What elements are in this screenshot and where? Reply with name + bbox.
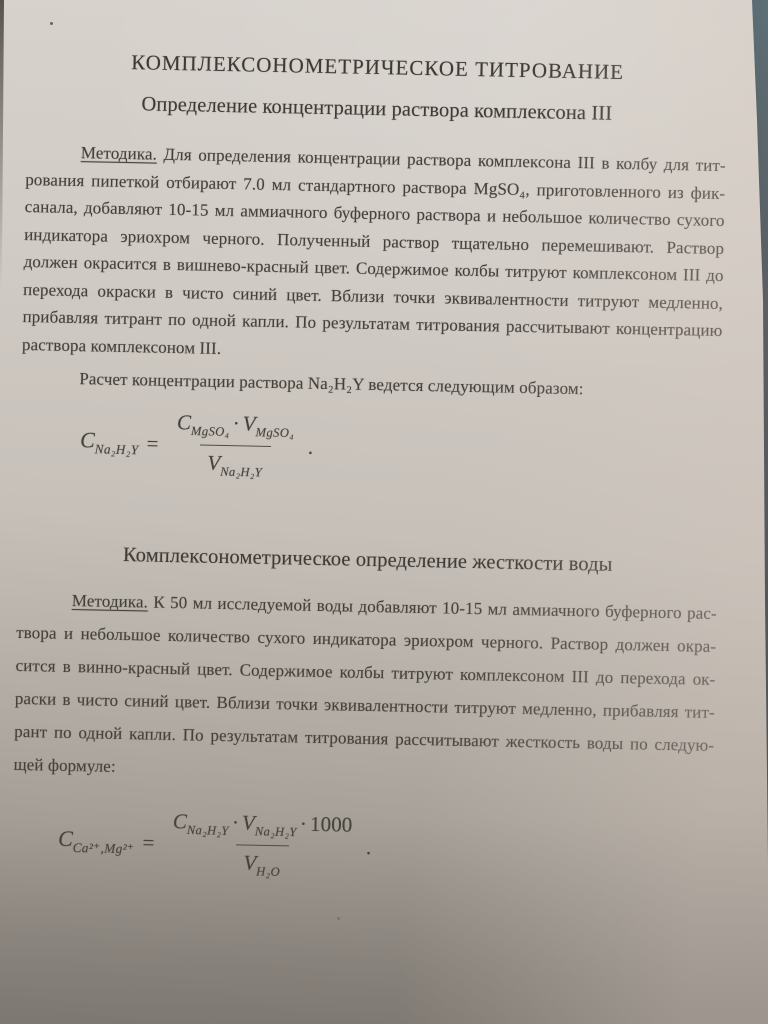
formula-concentration: CNa₂H₂Y = CMgSO₄·VMgSO₄ VNa₂H₂Y . bbox=[79, 400, 721, 497]
fraction-numerator: CMgSO₄·VMgSO₄ bbox=[169, 410, 303, 446]
fraction: CMgSO₄·VMgSO₄ VNa₂H₂Y bbox=[168, 410, 303, 481]
section2-paragraph: Методика. К 50 мл исследуемой воды добав… bbox=[13, 583, 717, 795]
method-label: Методика. bbox=[72, 591, 148, 612]
fraction-denominator: VH₂O bbox=[235, 844, 288, 880]
formula-lhs: CCa²⁺,Mg²⁺ bbox=[58, 826, 135, 857]
fraction-numerator: CNa₂H₂Y·VNa₂H₂Y·1000 bbox=[164, 809, 360, 847]
multiplication-dot: · bbox=[232, 810, 240, 834]
document-page: КОМПЛЕКСОНОМЕТРИЧЕСКОЕ ТИТРОВАНИЕ Опреде… bbox=[11, 46, 728, 899]
paragraph-lines: твора и небольшое количество сухого инди… bbox=[14, 616, 717, 762]
formula-lhs-subscript: Ca²⁺,Mg²⁺ bbox=[73, 840, 135, 856]
calc-intro-line: Расчет концентрации раствора Na₂H₂Y веде… bbox=[21, 364, 721, 405]
formula-factor: 1000 bbox=[310, 812, 353, 837]
fraction-denominator: VNa₂H₂Y bbox=[199, 444, 271, 480]
formula-period: . bbox=[308, 434, 314, 459]
method-label: Методика. bbox=[81, 143, 157, 164]
multiplication-dot: · bbox=[300, 811, 308, 835]
equals-sign: = bbox=[146, 431, 158, 456]
first-line-text: К 50 мл исследуемой воды добавляют 10-15… bbox=[148, 593, 717, 623]
equals-sign: = bbox=[142, 830, 154, 855]
section1-paragraph: Методика. Для определения концентрации р… bbox=[22, 138, 726, 372]
paragraph-lines: рования пипеткой отбирают 7.0 мл стандар… bbox=[22, 165, 725, 344]
formula-lhs: CNa₂H₂Y bbox=[80, 427, 139, 458]
paper-speck bbox=[50, 22, 53, 25]
paper-speck bbox=[337, 917, 340, 920]
fraction: CNa₂H₂Y·VNa₂H₂Y·1000 VH₂O bbox=[164, 809, 361, 881]
formula-hardness: CCa²⁺,Mg²⁺ = CNa₂H₂Y·VNa₂H₂Y·1000 VH₂O . bbox=[57, 796, 713, 899]
formula-period: . bbox=[366, 834, 372, 859]
section1-heading: Определение концентрации раствора компле… bbox=[27, 88, 727, 130]
section2-heading: Комплексонометрическое определение жестк… bbox=[18, 539, 718, 581]
multiplication-dot: · bbox=[232, 411, 240, 435]
formula-lhs-subscript: Na₂H₂Y bbox=[95, 441, 139, 457]
photo-frame: КОМПЛЕКСОНОМЕТРИЧЕСКОЕ ТИТРОВАНИЕ Опреде… bbox=[0, 0, 768, 1024]
